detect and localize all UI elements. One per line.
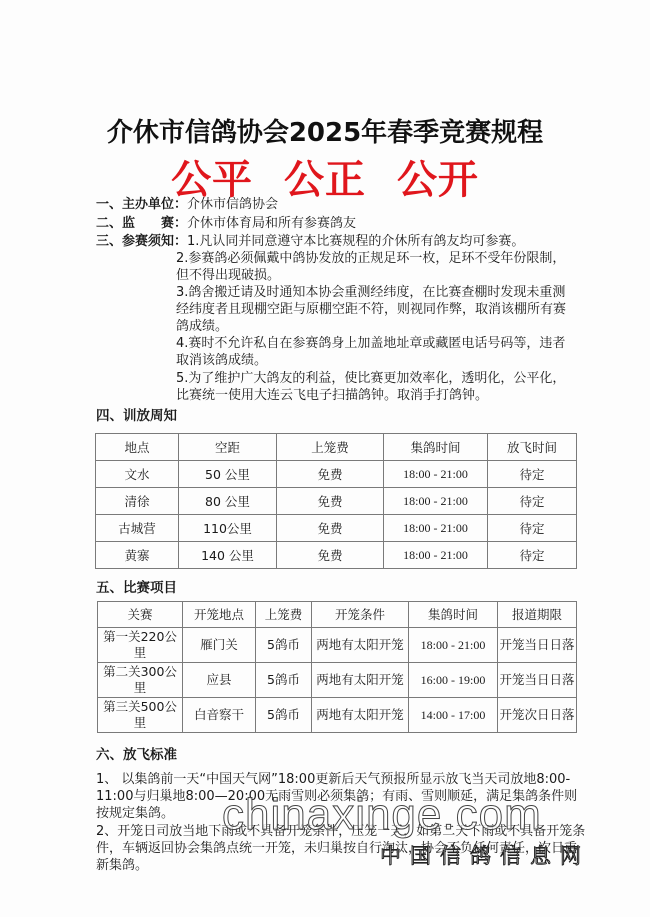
table-header-row: 地点 空距 上笼费 集鸽时间 放飞时间 bbox=[96, 434, 577, 461]
rules-label: 三、参赛须知： bbox=[96, 234, 187, 249]
training-heading: 四、训放周知 bbox=[96, 404, 177, 424]
rule-item-2: 2.参赛鸽必须佩戴中鸽协发放的正规足环一枚，足环不受年份限制，但不得出现破损。 bbox=[176, 250, 576, 284]
table-cell: 第二关300公里 bbox=[98, 663, 183, 698]
table-cell: 80 公里 bbox=[179, 488, 277, 515]
rules-row: 三、参赛须知：1.凡认同并同意遵守本比赛规程的介休所有鸽友均可参赛。 bbox=[96, 233, 524, 250]
table-header: 放飞时间 bbox=[488, 434, 577, 461]
table-header: 集鸽时间 bbox=[384, 434, 488, 461]
table-cell: 14:00 - 17:00 bbox=[409, 698, 498, 733]
table-cell: 第三关500公里 bbox=[98, 698, 183, 733]
table-cell: 开笼当日日落 bbox=[498, 628, 577, 663]
table-cell: 黄寨 bbox=[96, 542, 179, 569]
table-cell: 110公里 bbox=[179, 515, 277, 542]
supervisor-label: 二、监 赛： bbox=[96, 216, 187, 231]
organizer-row: 一、主办单位：介休市信鸽协会 bbox=[96, 196, 278, 213]
table-cell: 两地有太阳开笼 bbox=[312, 698, 409, 733]
rule-item-5: 5.为了维护广大鸽友的利益，使比赛更加效率化，透明化，公平化，比赛统一使用大连云… bbox=[176, 370, 576, 404]
table-cell: 16:00 - 19:00 bbox=[409, 663, 498, 698]
table-header: 开笼地点 bbox=[183, 602, 256, 628]
table-cell: 待定 bbox=[488, 515, 577, 542]
table-header: 空距 bbox=[179, 434, 277, 461]
supervisor-row: 二、监 赛：介休市体育局和所有参赛鸽友 bbox=[96, 215, 356, 232]
table-cell: 应县 bbox=[183, 663, 256, 698]
slogan-open: 公开 bbox=[397, 157, 479, 203]
table-cell: 清徐 bbox=[96, 488, 179, 515]
table-cell: 18:00 - 21:00 bbox=[384, 488, 488, 515]
table-cell: 待定 bbox=[488, 488, 577, 515]
table-header: 上笼费 bbox=[256, 602, 312, 628]
table-cell: 免费 bbox=[277, 515, 384, 542]
table-cell: 5鸽币 bbox=[256, 698, 312, 733]
table-cell: 免费 bbox=[277, 488, 384, 515]
table-header: 地点 bbox=[96, 434, 179, 461]
table-header: 关赛 bbox=[98, 602, 183, 628]
table-cell: 白音察干 bbox=[183, 698, 256, 733]
document-title: 介休市信鸽协会2025年春季竞赛规程 bbox=[0, 112, 650, 149]
rule-item-1: 1.凡认同并同意遵守本比赛规程的介休所有鸽友均可参赛。 bbox=[187, 234, 524, 249]
table-cell: 140 公里 bbox=[179, 542, 277, 569]
table-cell: 5鸽币 bbox=[256, 628, 312, 663]
training-table: 地点 空距 上笼费 集鸽时间 放飞时间 文水 50 公里 免费 18:00 - … bbox=[95, 433, 577, 569]
table-cell: 待定 bbox=[488, 542, 577, 569]
watermark-domain: chinaxinge.com bbox=[222, 790, 542, 840]
table-cell: 第一关220公里 bbox=[98, 628, 183, 663]
table-cell: 18:00 - 21:00 bbox=[384, 461, 488, 488]
table-row: 黄寨 140 公里 免费 18:00 - 21:00 待定 bbox=[96, 542, 577, 569]
table-cell: 开笼当日日落 bbox=[498, 663, 577, 698]
document-page: 介休市信鸽协会2025年春季竞赛规程 公平 公正 公开 一、主办单位：介休市信鸽… bbox=[0, 0, 650, 917]
table-cell: 免费 bbox=[277, 542, 384, 569]
table-cell: 开笼次日日落 bbox=[498, 698, 577, 733]
table-cell: 50 公里 bbox=[179, 461, 277, 488]
organizer-label: 一、主办单位： bbox=[96, 197, 187, 212]
table-cell: 两地有太阳开笼 bbox=[312, 628, 409, 663]
table-cell: 两地有太阳开笼 bbox=[312, 663, 409, 698]
table-header-row: 关赛 开笼地点 上笼费 开笼条件 集鸽时间 报道期限 bbox=[98, 602, 577, 628]
table-cell: 18:00 - 21:00 bbox=[384, 542, 488, 569]
table-row: 第三关500公里 白音察干 5鸽币 两地有太阳开笼 14:00 - 17:00 … bbox=[98, 698, 577, 733]
watermark-name: 中国信鸽信息网 bbox=[380, 840, 590, 870]
table-header: 集鸽时间 bbox=[409, 602, 498, 628]
table-row: 清徐 80 公里 免费 18:00 - 21:00 待定 bbox=[96, 488, 577, 515]
table-header: 上笼费 bbox=[277, 434, 384, 461]
table-cell: 雁门关 bbox=[183, 628, 256, 663]
slogan-just: 公正 bbox=[284, 157, 366, 203]
table-cell: 待定 bbox=[488, 461, 577, 488]
table-cell: 古城营 bbox=[96, 515, 179, 542]
events-table: 关赛 开笼地点 上笼费 开笼条件 集鸽时间 报道期限 第一关220公里 雁门关 … bbox=[97, 601, 577, 733]
table-row: 文水 50 公里 免费 18:00 - 21:00 待定 bbox=[96, 461, 577, 488]
table-header: 报道期限 bbox=[498, 602, 577, 628]
table-row: 古城营 110公里 免费 18:00 - 21:00 待定 bbox=[96, 515, 577, 542]
release-heading: 六、放飞标准 bbox=[96, 743, 177, 763]
rule-item-3: 3.鸽舍搬迁请及时通知本协会重测经纬度，在比赛查棚时发现未重测经纬度者且现棚空距… bbox=[176, 284, 576, 335]
table-cell: 18:00 - 21:00 bbox=[409, 628, 498, 663]
table-cell: 文水 bbox=[96, 461, 179, 488]
events-heading: 五、比赛项目 bbox=[96, 576, 177, 596]
organizer-value: 介休市信鸽协会 bbox=[187, 197, 278, 212]
table-cell: 18:00 - 21:00 bbox=[384, 515, 488, 542]
table-header: 开笼条件 bbox=[312, 602, 409, 628]
rule-item-4: 4.赛时不允许私自在参赛鸽身上加盖地址章或藏匿电话号码等，违者取消该鸽成绩。 bbox=[176, 335, 576, 369]
table-row: 第二关300公里 应县 5鸽币 两地有太阳开笼 16:00 - 19:00 开笼… bbox=[98, 663, 577, 698]
supervisor-value: 介休市体育局和所有参赛鸽友 bbox=[187, 216, 356, 231]
table-cell: 免费 bbox=[277, 461, 384, 488]
table-row: 第一关220公里 雁门关 5鸽币 两地有太阳开笼 18:00 - 21:00 开… bbox=[98, 628, 577, 663]
table-cell: 5鸽币 bbox=[256, 663, 312, 698]
